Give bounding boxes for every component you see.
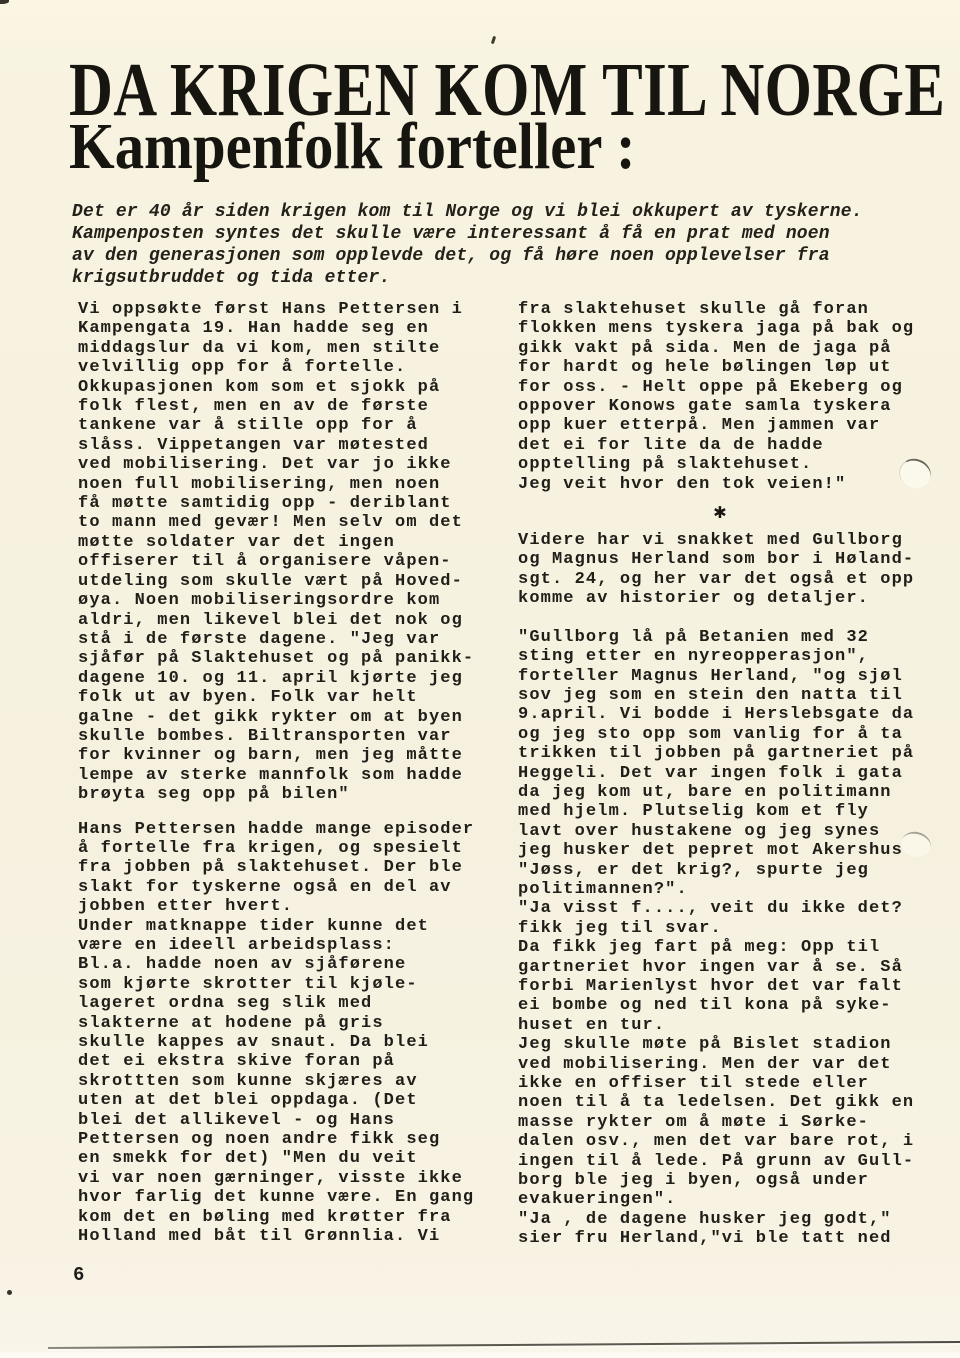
text-line: ved mobilisering. Det var jo ikke xyxy=(78,455,506,474)
text-line: som kjørte skrotter til kjøle- xyxy=(78,975,506,994)
text-line: være en ideell arbeidsplass: xyxy=(78,936,506,955)
article-paragraph: fra slaktehuset skulle gå foranflokken m… xyxy=(518,300,950,494)
text-line: folk flest, men en av de første xyxy=(78,397,506,416)
text-line: av den generasjonen som opplevde det, og… xyxy=(72,245,863,267)
article-paragraph: "Gullborg lå på Betanien med 32sting ett… xyxy=(518,628,950,1249)
text-line: slakt for tyskerne også en del av xyxy=(78,878,506,897)
text-line: politimannen?". xyxy=(518,880,950,899)
text-line: og Magnus Herland som bor i Høland- xyxy=(518,550,950,569)
text-line: øya. Noen mobiliseringsordre kom xyxy=(78,591,506,610)
text-line: ved mobilisering. Men der var det xyxy=(518,1055,950,1074)
text-line: offiserer til å organisere våpen- xyxy=(78,552,506,571)
text-line: Jeg skulle møte på Bislet stadion xyxy=(518,1035,950,1054)
text-line: Okkupasjonen kom som et sjokk på xyxy=(78,378,506,397)
text-line: slakterne at hodene på gris xyxy=(78,1014,506,1033)
text-line: slåss. Vippetangen var møtested xyxy=(78,436,506,455)
text-line: forteller Magnus Herland, "og sjøl xyxy=(518,667,950,686)
text-line: Vi oppsøkte først Hans Pettersen i xyxy=(78,300,506,319)
left-column: Vi oppsøkte først Hans Pettersen iKampen… xyxy=(78,300,506,1247)
text-line: trikken til jobben på gartneriet på xyxy=(518,744,950,763)
text-line: opp kuer etterpå. Men jammen var xyxy=(518,416,950,435)
text-line: borg ble jeg i byen, også under xyxy=(518,1171,950,1190)
text-line: sier fru Herland,"vi ble tatt ned xyxy=(518,1229,950,1248)
scan-edge-margin xyxy=(0,1352,960,1358)
scan-tick-artifact xyxy=(491,36,496,45)
text-line: ei bombe og ned til kona på syke- xyxy=(518,996,950,1015)
text-line: Jeg veit hvor den tok veien!" xyxy=(518,475,950,494)
article-paragraph: Videre har vi snakket med Gullborgog Mag… xyxy=(518,531,950,609)
text-line: tankene var å stille opp for å xyxy=(78,416,506,435)
text-line: blei det allikevel - og Hans xyxy=(78,1111,506,1130)
text-line: middagslur da vi kom, men stilte xyxy=(78,339,506,358)
text-line: opptelling på slaktehuset. xyxy=(518,455,950,474)
text-line: Det er 40 år siden krigen kom til Norge … xyxy=(72,201,863,223)
text-line: Hans Pettersen hadde mange episoder xyxy=(78,820,506,839)
scan-speck-artifact xyxy=(0,0,9,4)
page-number: 6 xyxy=(73,1264,85,1286)
text-line: lavt over hustakene og jeg synes xyxy=(518,822,950,841)
text-line: Bl.a. hadde noen av sjåførene xyxy=(78,955,506,974)
text-line: fra slaktehuset skulle gå foran xyxy=(518,300,950,319)
text-line: skrottten som kunne skjæres av xyxy=(78,1072,506,1091)
text-line: galne - det gikk rykter om at byen xyxy=(78,708,506,727)
text-line: krigsutbruddet og tida etter. xyxy=(72,267,863,289)
text-line: Kampengata 19. Han hadde seg en xyxy=(78,319,506,338)
text-line: forbi Marienlyst hvor det var falt xyxy=(518,977,950,996)
text-line: hvor farlig det kunne være. En gang xyxy=(78,1188,506,1207)
text-line: skulle kappes av snaut. Da blei xyxy=(78,1033,506,1052)
text-line: sting etter en nyreopperasjon", xyxy=(518,647,950,666)
text-line: fikk jeg til svar. xyxy=(518,919,950,938)
text-line: dalen osv., men det var bare rot, i xyxy=(518,1132,950,1151)
text-line: "Ja , de dagene husker jeg godt," xyxy=(518,1210,950,1229)
text-line: folk ut av byen. Folk var helt xyxy=(78,688,506,707)
text-line: sjåfør på Slaktehuset og på panikk- xyxy=(78,649,506,668)
scan-speck-artifact xyxy=(7,1290,12,1295)
text-line: velvillig opp for å fortelle. xyxy=(78,358,506,377)
text-line: få møtte samtidig opp - deriblant xyxy=(78,494,506,513)
intro-paragraph: Det er 40 år siden krigen kom til Norge … xyxy=(72,201,863,289)
page-subtitle: Kampenfolk forteller : xyxy=(69,114,636,180)
text-line: brøyta seg opp på bilen" xyxy=(78,785,506,804)
text-line: utdeling som skulle vært på Hoved- xyxy=(78,572,506,591)
text-line: å fortelle fra krigen, og spesielt xyxy=(78,839,506,858)
text-line: for oss. - Helt oppe på Ekeberg og xyxy=(518,378,950,397)
text-line: for hardt og hele bølingen løp ut xyxy=(518,358,950,377)
text-line: Under matknappe tider kunne det xyxy=(78,917,506,936)
text-line: for kvinner og barn, men jeg måtte xyxy=(78,746,506,765)
text-line: det ei ekstra skive foran på xyxy=(78,1052,506,1071)
scanned-newspaper-page: DA KRIGEN KOM TIL NORGE Kampenfolk forte… xyxy=(0,0,960,1358)
text-line: uten at det blei oppdaga. (Det xyxy=(78,1091,506,1110)
text-line: komme av historier og detaljer. xyxy=(518,589,950,608)
text-line: lempe av sterke mannfolk som hadde xyxy=(78,766,506,785)
text-line: noen full mobilisering, men noen xyxy=(78,475,506,494)
text-line: ingen til å lede. På grunn av Gull- xyxy=(518,1152,950,1171)
text-line: Videre har vi snakket med Gullborg xyxy=(518,531,950,550)
text-line: "Gullborg lå på Betanien med 32 xyxy=(518,628,950,647)
text-line: vi var noen gærninger, visste ikke xyxy=(78,1169,506,1188)
text-line: skulle bombes. Biltransporten var xyxy=(78,727,506,746)
text-line: Holland med båt til Grønnlia. Vi xyxy=(78,1227,506,1246)
text-line: flokken mens tyskera jaga på bak og xyxy=(518,319,950,338)
text-line: oppover Konows gate samla tyskera xyxy=(518,397,950,416)
text-line: fra jobben på slaktehuset. Der ble xyxy=(78,858,506,877)
text-line: kom det en bøling med krøtter fra xyxy=(78,1208,506,1227)
text-line: masse rykter om å møte i Sørke- xyxy=(518,1113,950,1132)
text-line: jobben etter hvert. xyxy=(78,897,506,916)
text-line: sov jeg som en stein den natta til xyxy=(518,686,950,705)
text-line: sgt. 24, og her var det også et opp xyxy=(518,570,950,589)
text-line: Kampenposten syntes det skulle være inte… xyxy=(72,223,863,245)
text-line: aldri, men likevel blei det nok og xyxy=(78,611,506,630)
article-paragraph: Vi oppsøkte først Hans Pettersen iKampen… xyxy=(78,300,506,805)
text-line: Heggeli. Det var ingen folk i gata xyxy=(518,764,950,783)
text-line: og jeg sto opp som vanlig for å ta xyxy=(518,725,950,744)
text-line: "Ja visst f...., veit du ikke det? xyxy=(518,899,950,918)
text-line: evakueringen". xyxy=(518,1190,950,1209)
text-line: gikk vakt på sida. Men de jaga på xyxy=(518,339,950,358)
text-line: Pettersen og noen andre fikk seg xyxy=(78,1130,506,1149)
text-line: med hjelm. Plutselig kom et fly xyxy=(518,802,950,821)
text-line: møtte soldater var det ingen xyxy=(78,533,506,552)
text-line: jeg husker det pepret mot Akershus xyxy=(518,841,950,860)
text-line: to mann med gevær! Men selv om det xyxy=(78,513,506,532)
text-line: gartneriet hvor ingen var å se. Så xyxy=(518,958,950,977)
right-column: fra slaktehuset skulle gå foranflokken m… xyxy=(518,300,950,1249)
text-line: 9.april. Vi bodde i Herslebsgate da xyxy=(518,705,950,724)
text-line: stå i de første dagene. "Jeg var xyxy=(78,630,506,649)
section-divider-star: ✱ xyxy=(518,497,950,531)
text-line: det ei for lite da de hadde xyxy=(518,436,950,455)
text-line: en smekk for det) "Men du veit xyxy=(78,1149,506,1168)
text-line: ikke en offiser til stede eller xyxy=(518,1074,950,1093)
scan-edge-line xyxy=(48,1341,960,1349)
text-line: dagene 10. og 11. april kjørte jeg xyxy=(78,669,506,688)
text-line: "Jøss, er det krig?, spurte jeg xyxy=(518,861,950,880)
article-paragraph: Hans Pettersen hadde mange episoderå for… xyxy=(78,820,506,1247)
text-line: da jeg kom ut, bare en politimann xyxy=(518,783,950,802)
text-line: noen til å ta ledelsen. Det gikk en xyxy=(518,1093,950,1112)
text-line: Da fikk jeg fart på meg: Opp til xyxy=(518,938,950,957)
text-line: huset en tur. xyxy=(518,1016,950,1035)
text-line: lageret ordna seg slik med xyxy=(78,994,506,1013)
